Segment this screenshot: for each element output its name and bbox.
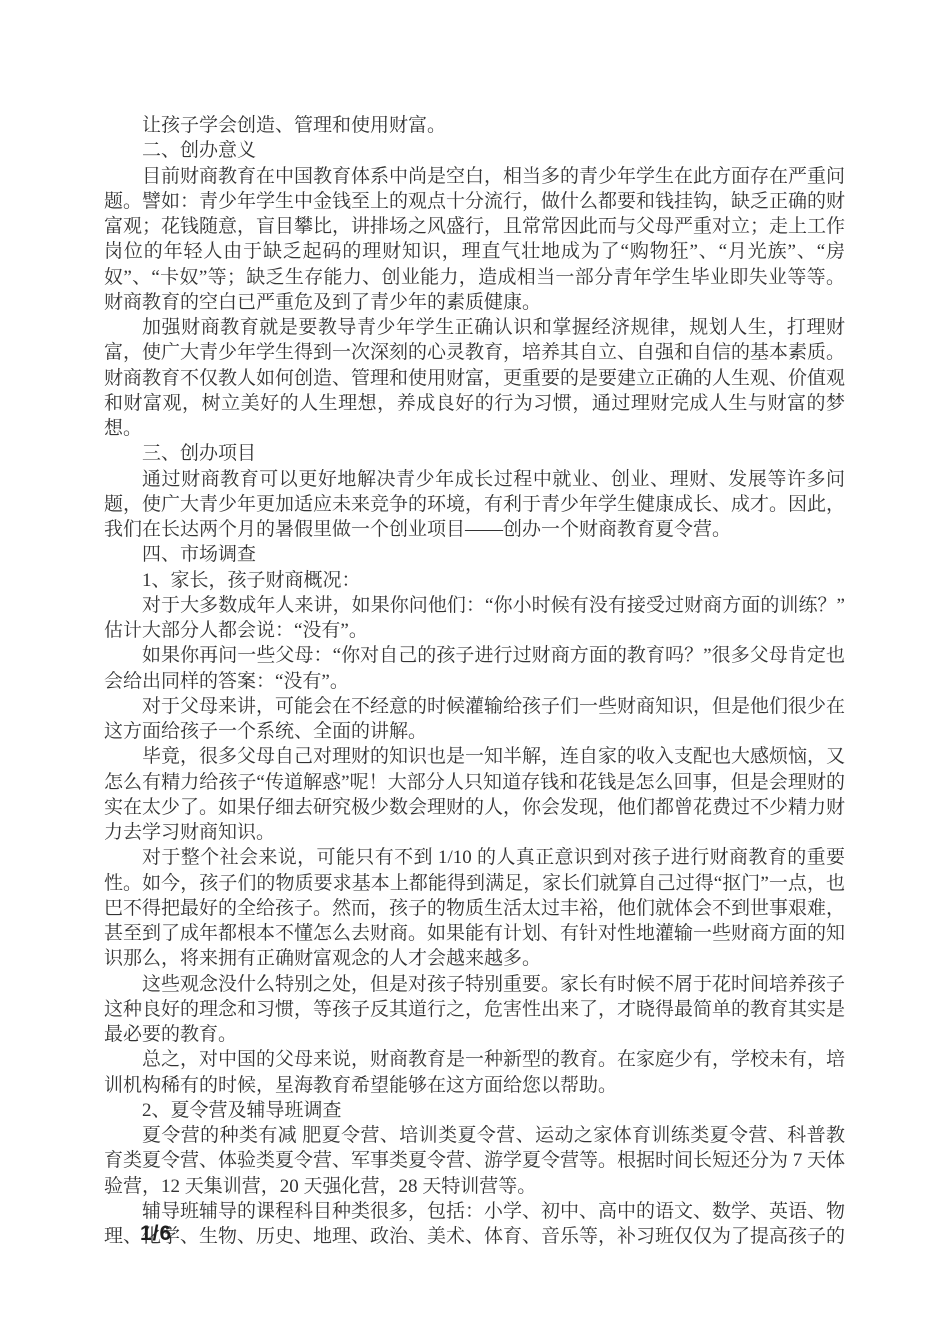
paragraph: 对于整个社会来说，可能只有不到 1/10 的人真正意识到对孩子进行财商教育的重要… <box>104 845 845 971</box>
paragraph: 毕竟，很多父母自己对理财的知识也是一知半解，连自家的收入支配也大感烦恼，又怎么有… <box>104 744 845 845</box>
page-number: 1/6 <box>140 1222 172 1246</box>
subsection-heading-1: 1、家长，孩子财商概况： <box>104 568 845 593</box>
section-heading-3: 三、创办项目 <box>104 441 845 466</box>
document-text-block: 让孩子学会创造、管理和使用财富。 二、创办意义 目前财商教育在中国教育体系中尚是… <box>104 113 845 1249</box>
paragraph: 夏令营的种类有减 肥夏令营、培训类夏令营、运动之家体育训练类夏令营、科普教育类夏… <box>104 1123 845 1199</box>
paragraph: 对于大多数成年人来讲，如果你问他们：“你小时候有没有接受过财商方面的训练？”估计… <box>104 593 845 644</box>
paragraph: 目前财商教育在中国教育体系中尚是空白，相当多的青少年学生在此方面存在严重问题。譬… <box>104 164 845 316</box>
paragraph: 加强财商教育就是要教导青少年学生正确认识和掌握经济规律，规划人生，打理财富，使广… <box>104 315 845 441</box>
paragraph: 对于父母来讲，可能会在不经意的时候灌输给孩子们一些财商知识，但是他们很少在这方面… <box>104 694 845 745</box>
paragraph: 这些观念没什么特别之处，但是对孩子特别重要。家长有时候不屑于花时间培养孩子这种良… <box>104 972 845 1048</box>
section-heading-2: 二、创办意义 <box>104 138 845 163</box>
paragraph: 如果你再问一些父母：“你对自己的孩子进行过财商方面的教育吗？”很多父母肯定也会给… <box>104 643 845 694</box>
paragraph: 总之，对中国的父母来说，财商教育是一种新型的教育。在家庭少有，学校未有，培训机构… <box>104 1047 845 1098</box>
paragraph-intro-tail: 让孩子学会创造、管理和使用财富。 <box>104 113 845 138</box>
paragraph-truncated: 辅导班辅导的课程科目种类很多，包括：小学、初中、高中的语文、数学、英语、物理、化… <box>104 1199 845 1250</box>
paragraph: 通过财商教育可以更好地解决青少年成长过程中就业、创业、理财、发展等许多问题，使广… <box>104 467 845 543</box>
section-heading-4: 四、市场调查 <box>104 542 845 567</box>
subsection-heading-2: 2、夏令营及辅导班调查 <box>104 1098 845 1123</box>
document-page: 让孩子学会创造、管理和使用财富。 二、创办意义 目前财商教育在中国教育体系中尚是… <box>0 0 950 1344</box>
